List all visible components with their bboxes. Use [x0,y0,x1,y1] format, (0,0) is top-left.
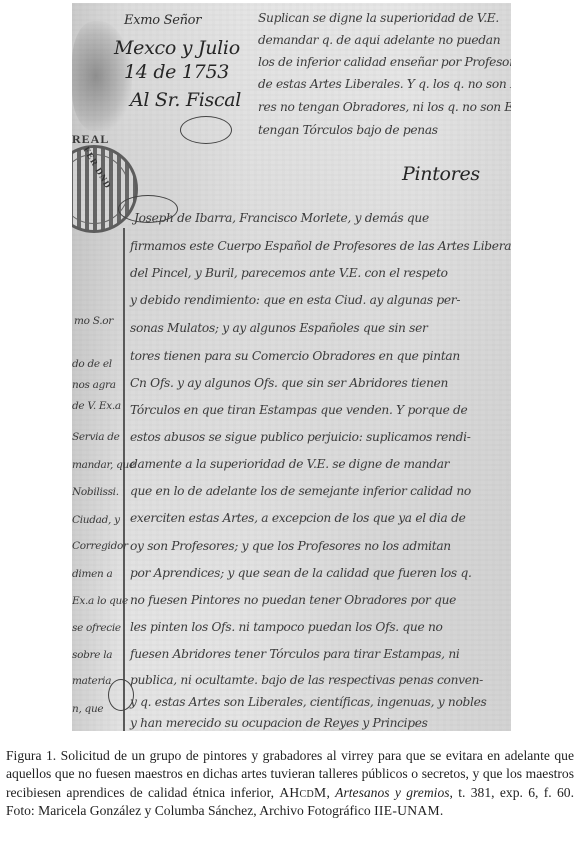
annotation-date: 14 de 1753 [124,61,229,83]
manuscript-photo: REAL FER DND Exmo Señor Mexco y Julio 14… [72,3,511,731]
body-line: sonas Mulatos; y ay algunos Españoles qu… [130,321,428,335]
body-line: y q. estas Artes son Liberales, científi… [130,695,487,709]
margin-note: de V. Ex.a [72,400,121,412]
flourish-mark [108,679,134,711]
margin-note: n, que [72,703,103,715]
body-line: firmamos este Cuerpo Español de Profesor… [130,239,511,253]
signature: Pintores [402,163,480,185]
body-line: publica, ni ocultamte. bajo de las respe… [130,673,483,687]
margin-note: se ofrecie [72,622,121,634]
margin-note: Ex.a lo que [72,595,128,607]
margin-note: dimen a [72,568,113,580]
body-line: Joseph de Ibarra, Francisco Morlete, y d… [134,211,429,225]
body-line: y han merecido su ocupacion de Reyes y P… [130,716,428,730]
body-line: por Aprendices; y que sean de la calidad… [130,566,472,580]
body-line: les pinten los Ofs. ni tampoco puedan lo… [130,620,443,634]
body-line: tores tienen para su Comercio Obradores … [130,349,460,363]
body-line: estos abusos se sigue publico perjuicio:… [130,430,471,444]
body-line: fuesen Abridores tener Tórculos para tir… [130,647,459,661]
figure-caption: Figura 1. Solicitud de un grupo de pinto… [6,747,574,821]
summary-line: los de inferior calidad enseñar por Prof… [258,55,511,69]
margin-note: Nobilissi. [72,486,119,498]
body-line: damente a la superioridad de V.E. se dig… [130,457,449,471]
body-line: que en lo de adelante los de semejante i… [130,484,471,498]
summary-line: Suplican se digne la superioridad de V.E… [258,11,499,25]
archive-abbreviation: AHcdM [279,785,326,800]
body-line: oy son Profesores; y que los Profesores … [130,539,451,553]
caption-end: . [440,803,443,818]
margin-note: Ciudad, y [72,514,120,526]
body-line: Tórculos en que tiran Estampas que vende… [130,403,467,417]
body-line: del Pincel, y Buril, parecemos ante V.E.… [130,266,448,280]
series-title: Artesanos y gremios [335,785,449,800]
body-line: exerciten estas Artes, a excepcion de lo… [130,511,466,525]
annotation-salutation: Exmo Señor [124,13,201,28]
margin-note: mo S.or [74,315,113,327]
summary-line: tengan Tórculos bajo de penas [258,123,438,137]
margin-note: Servia de [72,431,120,443]
margin-note: mandar, que [72,459,135,471]
body-line: no fuesen Pintores no puedan tener Obrad… [130,593,456,607]
summary-line: res no tengan Obradores, ni los q. no so… [258,100,511,114]
caption-label: Figura 1. [6,748,56,763]
margin-note: materia [72,675,111,687]
margin-note: nos agra [72,379,116,391]
margin-note: Corregidor [72,540,128,552]
flourish-mark [180,116,232,144]
margin-note: do de el [72,358,112,370]
body-line: Cn Ofs. y ay algunos Ofs. que sin ser Ab… [130,376,448,390]
photo-credit-abbreviation: IIE-UNAM [374,803,440,818]
margin-rule [123,228,125,731]
summary-line: demandar q. de aqui adelante no puedan [258,33,500,47]
annotation-place: Mexco y Julio [114,37,240,59]
body-line: y debido rendimiento: que en esta Ciud. … [130,293,460,307]
caption-separator: , [326,785,335,800]
annotation-fiscal: Al Sr. Fiscal [130,89,241,111]
margin-note: sobre la [72,649,112,661]
summary-line: de estas Artes Liberales. Y q. los q. no… [258,77,511,91]
